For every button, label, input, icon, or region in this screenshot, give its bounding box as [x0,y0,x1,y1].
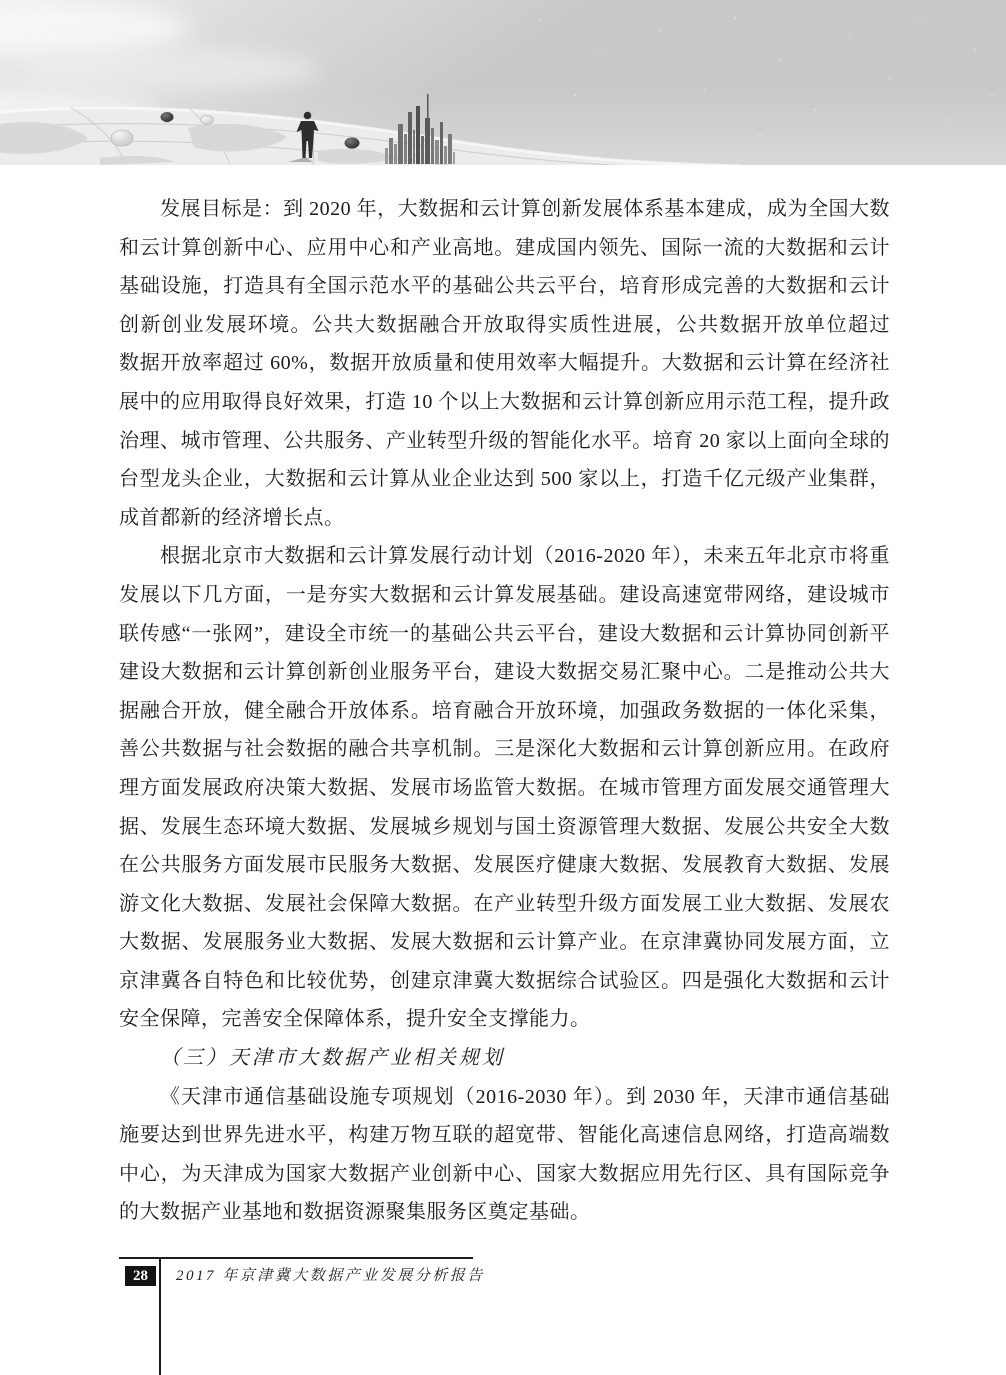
text-line: 善公共数据与社会数据的融合共享机制。三是深化大数据和云计算创新应用。在政府治 [119,730,890,769]
text-line: 施要达到世界先进水平，构建万物互联的超宽带、智能化高速信息网络，打造高端数据 [119,1116,890,1155]
text-line: 中心，为天津成为国家大数据产业创新中心、国家大数据应用先行区、具有国际竞争力 [119,1155,890,1194]
page-number-badge: 28 [125,1266,156,1286]
footer-horizontal-rule [119,1257,473,1259]
light-sphere-icon [201,115,214,125]
text-line: 据融合开放，健全融合开放体系。培育融合开放环境，加强政务数据的一体化采集，完 [119,692,890,731]
bubble-sphere-icon [111,130,133,146]
text-line: 展中的应用取得良好效果，打造 10 个以上大数据和云计算创新应用示范工程，提升政… [119,383,890,422]
body-text: 发展目标是：到 2020 年，大数据和云计算创新发展体系基本建成，成为全国大数据… [119,190,890,1232]
footer-report-title: 2017 年京津冀大数据产业发展分析报告 [176,1265,485,1287]
dark-sphere-icon-2 [345,138,360,149]
text-line: 治理、城市管理、公共服务、产业转型升级的智能化水平。培育 20 家以上面向全球的… [119,422,890,461]
text-line: 台型龙头企业，大数据和云计算从业企业达到 500 家以上，打造千亿元级产业集群，… [119,460,890,499]
section-heading-tianjin: （三）天津市大数据产业相关规划 [119,1039,890,1078]
text-line: 数据开放率超过 60%，数据开放质量和使用效率大幅提升。大数据和云计算在经济社会… [119,344,890,383]
text-line: 创新创业发展环境。公共大数据融合开放取得实质性进展，公共数据开放单位超过 90%… [119,306,890,345]
footer-vertical-rule [159,1257,161,1375]
text-line: 的大数据产业基地和数据资源聚集服务区奠定基础。 [119,1193,890,1232]
paragraph-development-goals: 发展目标是：到 2020 年，大数据和云计算创新发展体系基本建成，成为全国大数据… [119,190,890,537]
text-line: 基础设施，打造具有全国示范水平的基础公共云平台，培育形成完善的大数据和云计算 [119,267,890,306]
report-page: 发展目标是：到 2020 年，大数据和云计算创新发展体系基本建成，成为全国大数据… [0,0,1006,1375]
text-line: 《天津市通信基础设施专项规划（2016-2030 年）。到 2030 年，天津市… [119,1078,890,1117]
text-line: 大数据、发展服务业大数据、发展大数据和云计算产业。在京津冀协同发展方面，立足 [119,923,890,962]
text-line: 发展以下几方面，一是夯实大数据和云计算发展基础。建设高速宽带网络，建设城市物 [119,576,890,615]
text-line: 理方面发展政府决策大数据、发展市场监管大数据。在城市管理方面发展交通管理大数 [119,769,890,808]
text-line: 发展目标是：到 2020 年，大数据和云计算创新发展体系基本建成，成为全国大数据 [119,190,890,229]
header-banner-image [0,0,1006,165]
header-banner-art [0,0,1006,165]
text-line: 成首都新的经济增长点。 [119,499,890,538]
text-line: 据、发展生态环境大数据、发展城乡规划与国土资源管理大数据、发展公共安全大数据。 [119,808,890,847]
text-line: 京津冀各自特色和比较优势，创建京津冀大数据综合试验区。四是强化大数据和云计算 [119,962,890,1001]
paragraph-tianjin-plan: 《天津市通信基础设施专项规划（2016-2030 年）。到 2030 年，天津市… [119,1078,890,1232]
text-line: 联传感“一张网”，建设全市统一的基础公共云平台，建设大数据和云计算协同创新平台， [119,615,890,654]
text-line: 游文化大数据、发展社会保障大数据。在产业转型升级方面发展工业大数据、发展农业 [119,885,890,924]
text-line: 和云计算创新中心、应用中心和产业高地。建成国内领先、国际一流的大数据和云计算 [119,229,890,268]
text-line: 根据北京市大数据和云计算发展行动计划（2016-2020 年），未来五年北京市将… [119,537,890,576]
text-line: 建设大数据和云计算创新创业服务平台，建设大数据交易汇聚中心。二是推动公共大数 [119,653,890,692]
text-line: 安全保障，完善安全保障体系，提升安全支撑能力。 [119,1000,890,1039]
dark-sphere-icon [161,112,174,122]
text-line: 在公共服务方面发展市民服务大数据、发展医疗健康大数据、发展教育大数据、发展旅 [119,846,890,885]
paragraph-beijing-action-plan: 根据北京市大数据和云计算发展行动计划（2016-2020 年），未来五年北京市将… [119,537,890,1039]
